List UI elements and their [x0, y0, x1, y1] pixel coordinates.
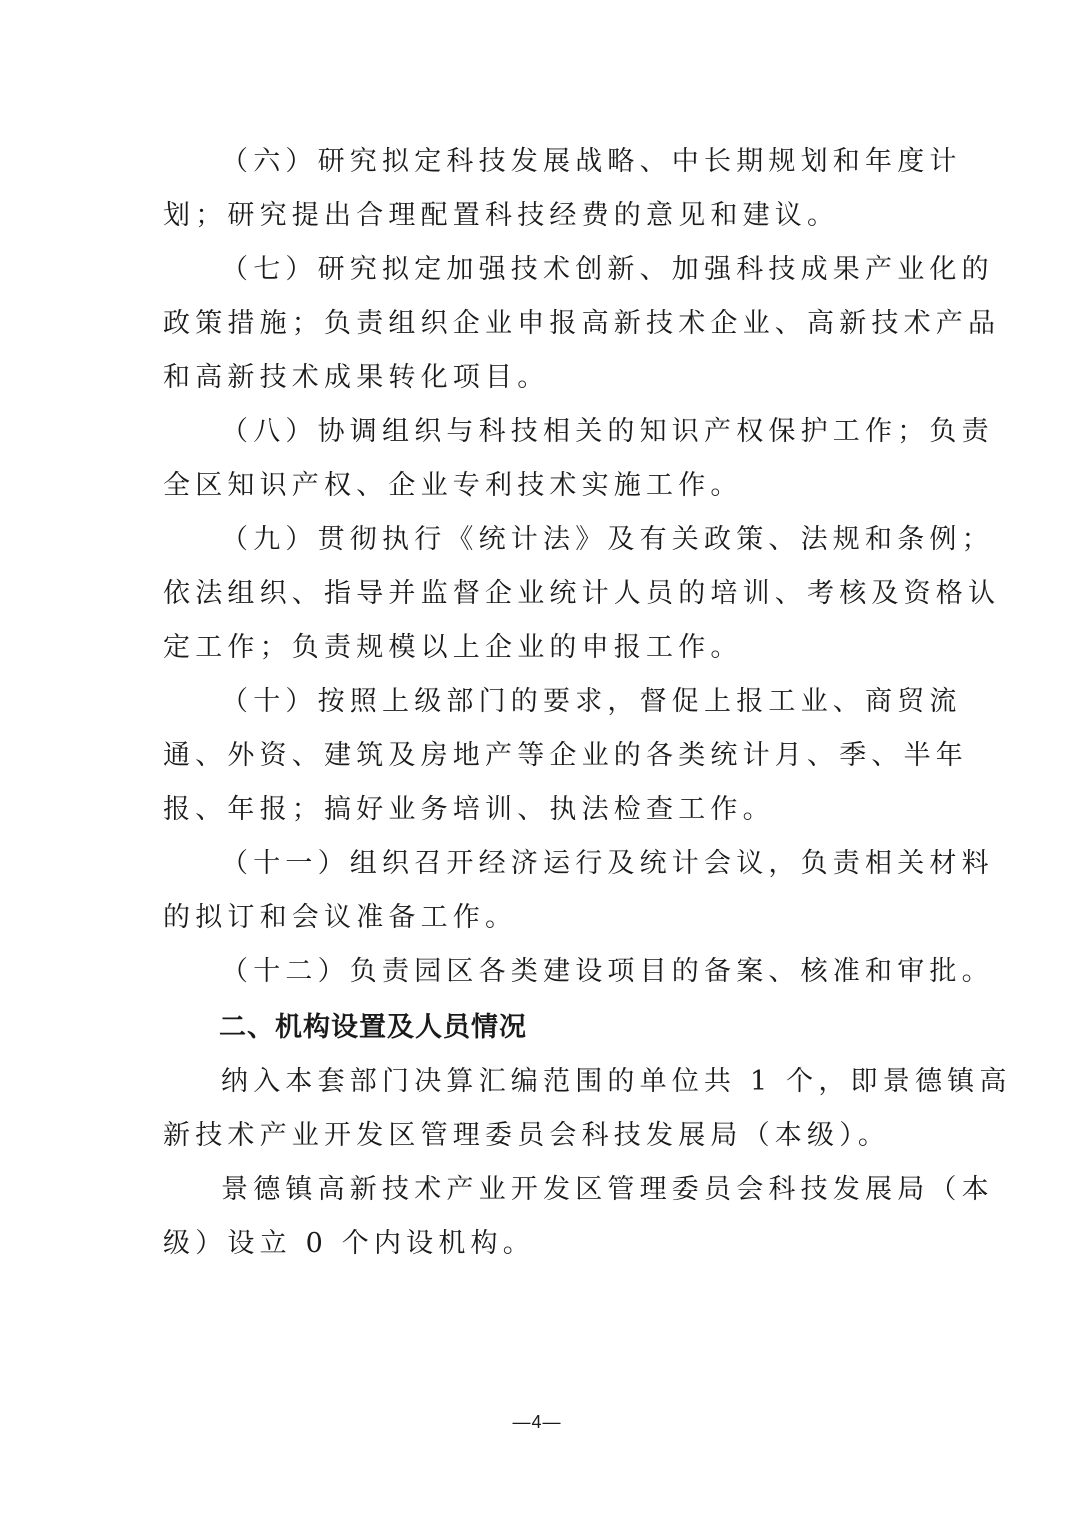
paragraph-line: （六）研究拟定科技发展战略、中长期规划和年度计	[221, 146, 962, 178]
paragraph-line: 和高新技术成果转化项目。	[163, 362, 549, 394]
paragraph-line: （八）协调组织与科技相关的知识产权保护工作；负责	[221, 416, 994, 448]
paragraph-line: 定工作；负责规模以上企业的申报工作。	[163, 632, 743, 664]
paragraph-line: 级）设立 0 个内设机构。	[163, 1228, 535, 1260]
paragraph-line: 纳入本套部门决算汇编范围的单位共 1 个，即景德镇高	[221, 1066, 1012, 1098]
paragraph-line: 政策措施；负责组织企业申报高新技术企业、高新技术产品	[163, 308, 1000, 340]
paragraph-line: （九）贯彻执行《统计法》及有关政策、法规和条例；	[221, 524, 994, 556]
section-heading: 二、机构设置及人员情况	[219, 1012, 527, 1044]
paragraph-line: 通、外资、建筑及房地产等企业的各类统计月、季、半年	[163, 740, 968, 772]
paragraph-line: 新技术产业开发区管理委员会科技发展局（本级）。	[163, 1120, 890, 1152]
paragraph-line: 的拟订和会议准备工作。	[163, 902, 517, 934]
paragraph-line: （十一）组织召开经济运行及统计会议，负责相关材料	[221, 848, 994, 880]
document-page: （六）研究拟定科技发展战略、中长期规划和年度计 划；研究提出合理配置科技经费的意…	[0, 0, 1074, 1520]
paragraph-line: 全区知识产权、企业专利技术实施工作。	[163, 470, 743, 502]
paragraph-line: （七）研究拟定加强技术创新、加强科技成果产业化的	[221, 254, 994, 286]
paragraph-line: 依法组织、指导并监督企业统计人员的培训、考核及资格认	[163, 578, 1000, 610]
paragraph-line: （十二）负责园区各类建设项目的备案、核准和审批。	[221, 956, 994, 988]
paragraph-line: 报、年报；搞好业务培训、执法检查工作。	[163, 794, 775, 826]
paragraph-line: 景德镇高新技术产业开发区管理委员会科技发展局（本	[221, 1174, 994, 1206]
page-number: —4—	[0, 1412, 1074, 1433]
paragraph-line: 划；研究提出合理配置科技经费的意见和建议。	[163, 200, 839, 232]
paragraph-line: （十）按照上级部门的要求，督促上报工业、商贸流	[221, 686, 962, 718]
